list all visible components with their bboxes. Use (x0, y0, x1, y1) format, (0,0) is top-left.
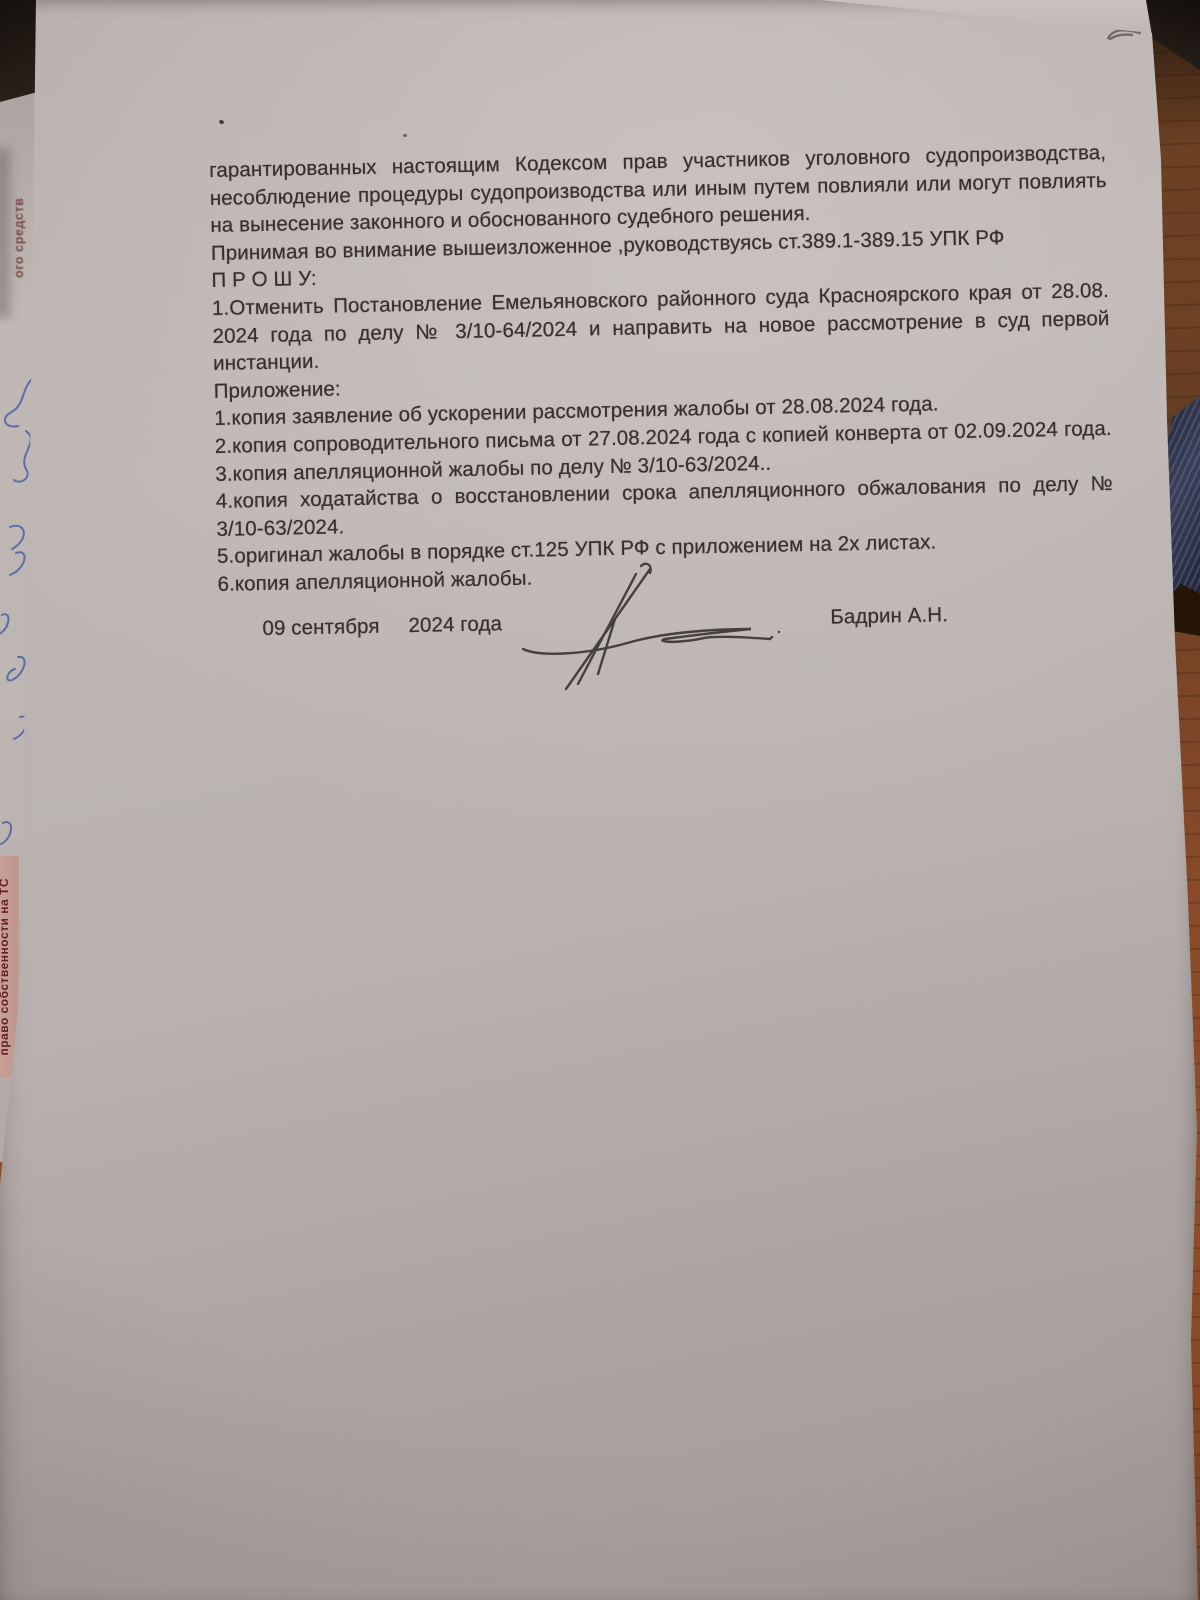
red-stamp-text: ого средств (12, 172, 26, 278)
handwritten-signature (498, 542, 1050, 722)
pink-sticker-text: право собственности на ТС (0, 878, 11, 1056)
photo-of-court-document: ого средств право собственности на ТС га… (0, 0, 1200, 1600)
document-sheet: гарантированных настоящим Кодексом прав … (0, 0, 1200, 1600)
document-body: гарантированных настоящим Кодексом прав … (209, 139, 1115, 598)
ink-speck (218, 119, 224, 125)
document-date: 09 сентября 2024 года (262, 610, 502, 642)
ink-speck (403, 134, 407, 137)
